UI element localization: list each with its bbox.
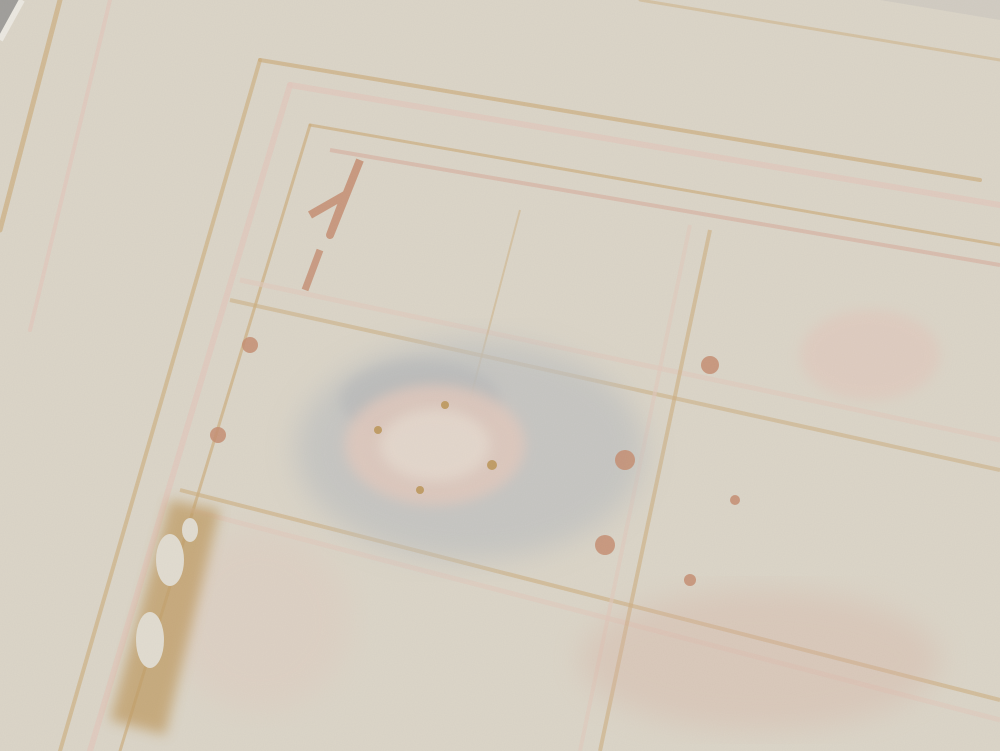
pile-texture	[0, 0, 1000, 751]
rug-photo	[0, 0, 1000, 751]
rug-illustration	[0, 0, 1000, 751]
